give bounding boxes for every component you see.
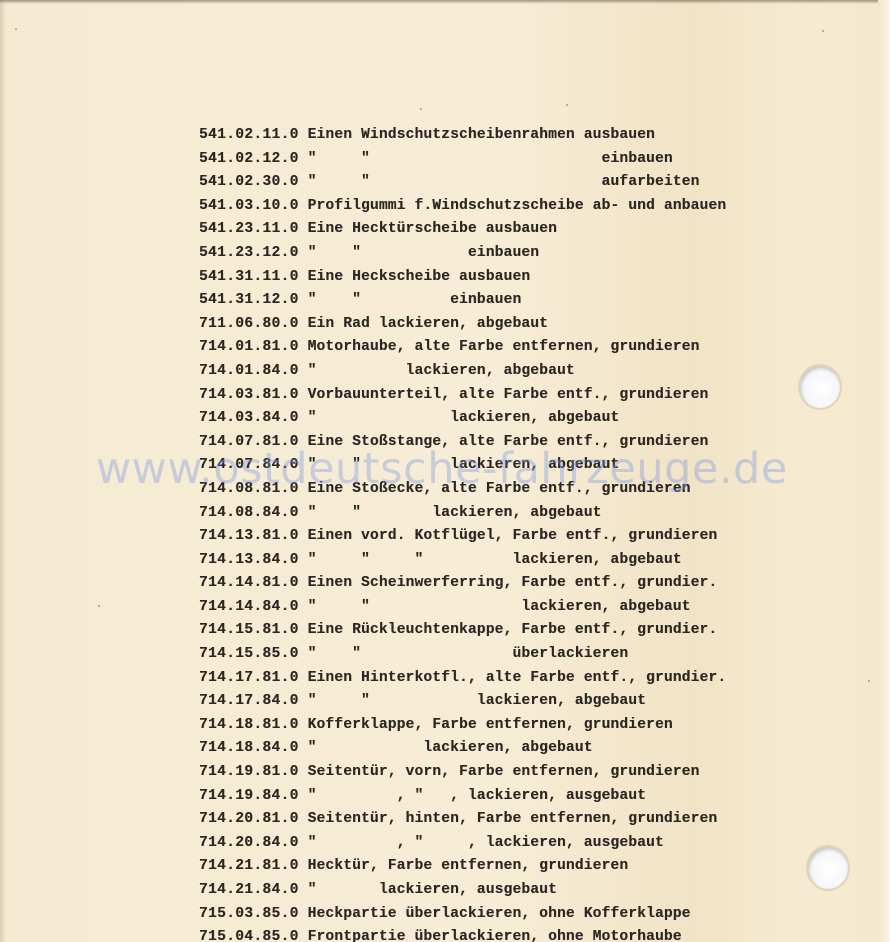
operation-description: Hecktür, Farbe entfernen, grundieren bbox=[308, 858, 629, 874]
operation-description: " " lackieren, abgebaut bbox=[308, 505, 602, 521]
operation-description: Kofferklappe, Farbe entfernen, grundiere… bbox=[308, 717, 673, 733]
operation-code: 714.03.81.0 bbox=[199, 387, 299, 403]
operation-description: " " überlackieren bbox=[308, 646, 629, 662]
operation-code: 714.01.84.0 bbox=[199, 363, 299, 379]
operation-code: 714.08.84.0 bbox=[199, 505, 299, 521]
operation-description: " , " , lackieren, ausgebaut bbox=[308, 788, 647, 804]
operation-code: 714.01.81.0 bbox=[199, 339, 299, 355]
punch-hole bbox=[800, 366, 840, 408]
list-item: 714.13.84.0 " " " lackieren, abgebaut bbox=[199, 549, 726, 573]
list-item: 714.17.84.0 " " lackieren, abgebaut bbox=[199, 690, 726, 714]
paper-speck bbox=[420, 108, 422, 110]
operation-code: 714.19.81.0 bbox=[199, 764, 299, 780]
operation-description: Profilgummi f.Windschutzscheibe ab- und … bbox=[308, 198, 727, 214]
operation-description: " lackieren, ausgebaut bbox=[308, 882, 557, 898]
operation-code: 711.06.80.0 bbox=[199, 316, 299, 332]
operation-description: Seitentür, vorn, Farbe entfernen, grundi… bbox=[308, 764, 700, 780]
list-item: 541.03.10.0 Profilgummi f.Windschutzsche… bbox=[199, 195, 726, 219]
operation-description: Seitentür, hinten, Farbe entfernen, grun… bbox=[308, 811, 718, 827]
list-item: 714.21.81.0 Hecktür, Farbe entfernen, gr… bbox=[199, 855, 726, 879]
operation-code: 541.23.11.0 bbox=[199, 221, 299, 237]
list-item: 714.20.81.0 Seitentür, hinten, Farbe ent… bbox=[199, 808, 726, 832]
list-item: 714.20.84.0 " , " , lackieren, ausgebaut bbox=[199, 832, 726, 856]
operation-description: " lackieren, abgebaut bbox=[308, 410, 620, 426]
operation-code: 715.04.85.0 bbox=[199, 929, 299, 942]
list-item: 715.03.85.0 Heckpartie überlackieren, oh… bbox=[199, 903, 726, 927]
list-item: 714.15.81.0 Eine Rückleuchtenkappe, Farb… bbox=[199, 619, 726, 643]
operation-code: 714.14.84.0 bbox=[199, 599, 299, 615]
operation-code: 714.13.84.0 bbox=[199, 552, 299, 568]
operation-code: 714.18.81.0 bbox=[199, 717, 299, 733]
paper-speck bbox=[868, 680, 870, 682]
list-item: 714.01.81.0 Motorhaube, alte Farbe entfe… bbox=[199, 336, 726, 360]
operation-description: " " lackieren, abgebaut bbox=[308, 599, 691, 615]
operation-code: 714.15.85.0 bbox=[199, 646, 299, 662]
operation-code: 714.21.81.0 bbox=[199, 858, 299, 874]
operation-description: Einen Hinterkotfl., alte Farbe entf., gr… bbox=[308, 670, 727, 686]
scanned-document-page: 541.02.11.0 Einen Windschutzscheibenrahm… bbox=[0, 0, 890, 942]
operation-description: " " aufarbeiten bbox=[308, 174, 700, 190]
operation-description: Vorbauunterteil, alte Farbe entf., grund… bbox=[308, 387, 709, 403]
paper-speck bbox=[15, 28, 17, 30]
list-item: 714.03.84.0 " lackieren, abgebaut bbox=[199, 407, 726, 431]
operation-description: Eine Rückleuchtenkappe, Farbe entf., gru… bbox=[308, 622, 718, 638]
operation-code: 541.02.12.0 bbox=[199, 151, 299, 167]
operation-code: 541.03.10.0 bbox=[199, 198, 299, 214]
operation-description: Motorhaube, alte Farbe entfernen, grundi… bbox=[308, 339, 700, 355]
paper-speck bbox=[822, 30, 824, 32]
operation-code: 714.17.84.0 bbox=[199, 693, 299, 709]
operation-code: 714.20.84.0 bbox=[199, 835, 299, 851]
punch-hole bbox=[808, 847, 848, 889]
operation-description: Eine Hecktürscheibe ausbauen bbox=[308, 221, 557, 237]
operation-code: 714.18.84.0 bbox=[199, 740, 299, 756]
operation-code: 714.08.81.0 bbox=[199, 481, 299, 497]
operation-description: " lackieren, abgebaut bbox=[308, 363, 575, 379]
list-item: 711.06.80.0 Ein Rad lackieren, abgebaut bbox=[199, 313, 726, 337]
list-item: 714.01.84.0 " lackieren, abgebaut bbox=[199, 360, 726, 384]
list-item: 714.13.81.0 Einen vord. Kotflügel, Farbe… bbox=[199, 525, 726, 549]
operation-description: " " lackieren, abgebaut bbox=[308, 693, 647, 709]
operation-code: 714.07.81.0 bbox=[199, 434, 299, 450]
operation-description: Heckpartie überlackieren, ohne Kofferkla… bbox=[308, 906, 691, 922]
operation-description: Ein Rad lackieren, abgebaut bbox=[308, 316, 549, 332]
operation-description: " " " lackieren, abgebaut bbox=[308, 552, 682, 568]
list-item: 714.18.81.0 Kofferklappe, Farbe entferne… bbox=[199, 714, 726, 738]
operation-description: " " lackieren, abgebaut bbox=[308, 457, 620, 473]
list-item: 541.02.11.0 Einen Windschutzscheibenrahm… bbox=[199, 124, 726, 148]
operation-code: 541.31.11.0 bbox=[199, 269, 299, 285]
operation-code: 714.13.81.0 bbox=[199, 528, 299, 544]
operation-code: 714.07.84.0 bbox=[199, 457, 299, 473]
operation-description: Frontpartie überlackieren, ohne Motorhau… bbox=[308, 929, 682, 942]
operation-description: " , " , lackieren, ausgebaut bbox=[308, 835, 664, 851]
list-item: 714.07.84.0 " " lackieren, abgebaut bbox=[199, 454, 726, 478]
operation-code: 714.17.81.0 bbox=[199, 670, 299, 686]
list-item: 714.08.84.0 " " lackieren, abgebaut bbox=[199, 502, 726, 526]
operation-code: 541.31.12.0 bbox=[199, 292, 299, 308]
operation-description: Eine Stoßstange, alte Farbe entf., grund… bbox=[308, 434, 709, 450]
list-item: 541.23.12.0 " " einbauen bbox=[199, 242, 726, 266]
list-item: 714.21.84.0 " lackieren, ausgebaut bbox=[199, 879, 726, 903]
list-item: 714.03.81.0 Vorbauunterteil, alte Farbe … bbox=[199, 384, 726, 408]
list-item: 541.02.30.0 " " aufarbeiten bbox=[199, 171, 726, 195]
list-item: 714.19.81.0 Seitentür, vorn, Farbe entfe… bbox=[199, 761, 726, 785]
operation-code: 715.03.85.0 bbox=[199, 906, 299, 922]
list-item: 541.02.12.0 " " einbauen bbox=[199, 148, 726, 172]
paper-top-edge bbox=[0, 0, 890, 4]
list-item: 714.18.84.0 " lackieren, abgebaut bbox=[199, 737, 726, 761]
operation-code: 541.02.11.0 bbox=[199, 127, 299, 143]
operation-description: Einen Windschutzscheibenrahmen ausbauen bbox=[308, 127, 655, 143]
operation-description: " " einbauen bbox=[308, 151, 673, 167]
list-item: 714.08.81.0 Eine Stoßecke, alte Farbe en… bbox=[199, 478, 726, 502]
list-item: 714.14.84.0 " " lackieren, abgebaut bbox=[199, 596, 726, 620]
list-item: 714.19.84.0 " , " , lackieren, ausgebaut bbox=[199, 785, 726, 809]
operation-description: Einen Scheinwerferring, Farbe entf., gru… bbox=[308, 575, 718, 591]
list-item: 714.14.81.0 Einen Scheinwerferring, Farb… bbox=[199, 572, 726, 596]
list-item: 714.07.81.0 Eine Stoßstange, alte Farbe … bbox=[199, 431, 726, 455]
paper-right-edge bbox=[878, 0, 890, 942]
list-item: 714.17.81.0 Einen Hinterkotfl., alte Far… bbox=[199, 667, 726, 691]
operation-code: 714.20.81.0 bbox=[199, 811, 299, 827]
paper-speck bbox=[566, 104, 568, 106]
operation-description: " " einbauen bbox=[308, 245, 540, 261]
operation-code: 714.21.84.0 bbox=[199, 882, 299, 898]
operation-description: Einen vord. Kotflügel, Farbe entf., grun… bbox=[308, 528, 718, 544]
list-item: 714.15.85.0 " " überlackieren bbox=[199, 643, 726, 667]
operation-code: 541.02.30.0 bbox=[199, 174, 299, 190]
operation-description: " lackieren, abgebaut bbox=[308, 740, 593, 756]
list-item: 541.23.11.0 Eine Hecktürscheibe ausbauen bbox=[199, 218, 726, 242]
list-item: 715.04.85.0 Frontpartie überlackieren, o… bbox=[199, 926, 726, 942]
parts-operation-list: 541.02.11.0 Einen Windschutzscheibenrahm… bbox=[199, 124, 726, 942]
operation-code: 714.03.84.0 bbox=[199, 410, 299, 426]
operation-code: 714.19.84.0 bbox=[199, 788, 299, 804]
operation-description: " " einbauen bbox=[308, 292, 522, 308]
paper-speck bbox=[98, 605, 100, 607]
operation-description: Eine Heckscheibe ausbauen bbox=[308, 269, 531, 285]
list-item: 541.31.12.0 " " einbauen bbox=[199, 289, 726, 313]
operation-description: Eine Stoßecke, alte Farbe entf., grundie… bbox=[308, 481, 691, 497]
operation-code: 714.15.81.0 bbox=[199, 622, 299, 638]
operation-code: 714.14.81.0 bbox=[199, 575, 299, 591]
list-item: 541.31.11.0 Eine Heckscheibe ausbauen bbox=[199, 266, 726, 290]
operation-code: 541.23.12.0 bbox=[199, 245, 299, 261]
